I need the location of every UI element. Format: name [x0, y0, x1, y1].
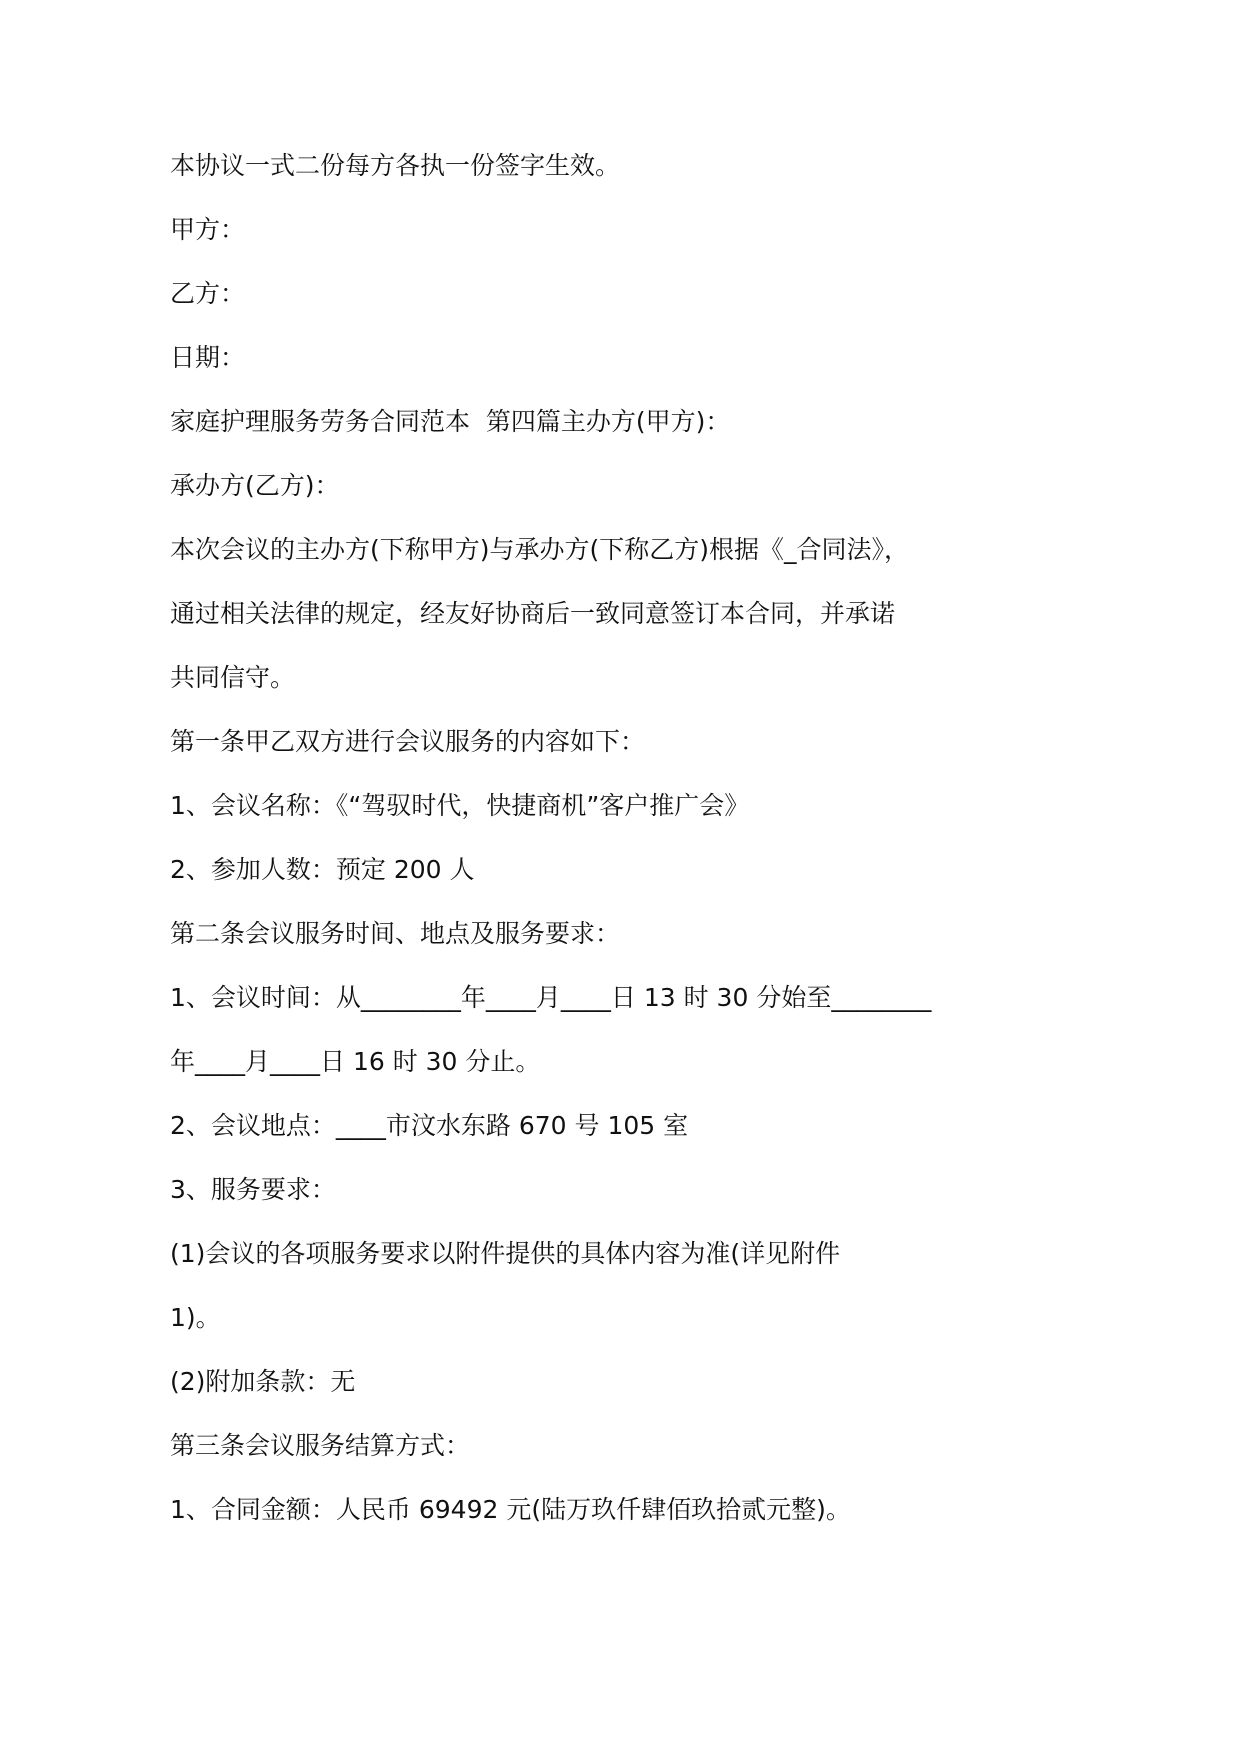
preamble-line-3: 共同信守。	[170, 646, 960, 710]
service-requirements-heading: 3、服务要求：	[170, 1158, 960, 1222]
requirement-1-line-2: 1)。	[170, 1286, 960, 1350]
meeting-time-line-1: 1、会议时间：从________年____月____日 13 时 30 分始至_…	[170, 966, 960, 1030]
article-2-heading: 第二条会议服务时间、地点及服务要求：	[170, 902, 960, 966]
party-a-label: 甲方：	[170, 198, 960, 262]
contractor-label: 承办方(乙方)：	[170, 454, 960, 518]
article-1-heading: 第一条甲乙双方进行会议服务的内容如下：	[170, 710, 960, 774]
section-title-organizer: 家庭护理服务劳务合同范本 第四篇主办方(甲方)：	[170, 390, 960, 454]
document-body: 本协议一式二份每方各执一份签字生效。 甲方： 乙方： 日期： 家庭护理服务劳务合…	[170, 134, 960, 1542]
article-3-heading: 第三条会议服务结算方式：	[170, 1414, 960, 1478]
party-b-label: 乙方：	[170, 262, 960, 326]
signing-clause: 本协议一式二份每方各执一份签字生效。	[170, 134, 960, 198]
preamble-line-1: 本次会议的主办方(下称甲方)与承办方(下称乙方)根据《_合同法》，	[170, 518, 960, 582]
requirement-1-line-1: (1)会议的各项服务要求以附件提供的具体内容为准(详见附件	[170, 1222, 960, 1286]
attendee-count: 2、参加人数：预定 200 人	[170, 838, 960, 902]
meeting-time-line-2: 年____月____日 16 时 30 分止。	[170, 1030, 960, 1094]
contract-amount: 1、合同金额：人民币 69492 元(陆万玖仟肆佰玖拾贰元整)。	[170, 1478, 960, 1542]
requirement-2: (2)附加条款：无	[170, 1350, 960, 1414]
date-label: 日期：	[170, 326, 960, 390]
document-page: 本协议一式二份每方各执一份签字生效。 甲方： 乙方： 日期： 家庭护理服务劳务合…	[0, 0, 1240, 1753]
meeting-name: 1、会议名称：《“驾驭时代，快捷商机”客户推广会》	[170, 774, 960, 838]
meeting-location: 2、会议地点：____市汶水东路 670 号 105 室	[170, 1094, 960, 1158]
preamble-line-2: 通过相关法律的规定，经友好协商后一致同意签订本合同，并承诺	[170, 582, 960, 646]
